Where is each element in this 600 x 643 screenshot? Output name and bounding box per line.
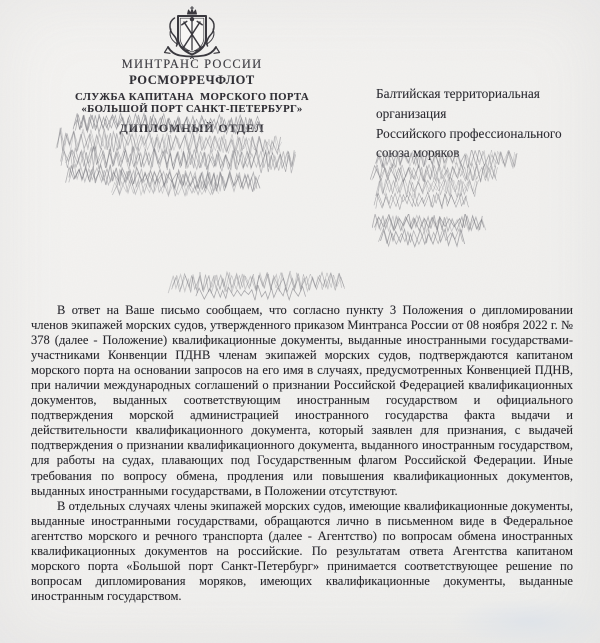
scan-smudge <box>450 598 600 643</box>
letterhead-ministry: МИНТРАНС РОССИИ <box>28 57 356 72</box>
body-paragraph-2: В отдельных случаях члены экипажей морск… <box>31 499 573 604</box>
body-paragraph-1: В ответ на Ваше письмо сообщаем, что сог… <box>31 303 573 499</box>
letterhead-department: ДИПЛОМНЫЙ ОТДЕЛ <box>28 121 356 136</box>
letterhead: МИНТРАНС РОССИИ РОСМОРРЕЧФЛОТ СЛУЖБА КАП… <box>28 57 356 136</box>
coat-of-arms-emblem-icon <box>157 5 227 59</box>
letterhead-agency: РОСМОРРЕЧФЛОТ <box>28 73 356 88</box>
redacted-scribble-reference <box>372 214 490 248</box>
redacted-scribble-subject-line <box>167 270 349 302</box>
addressee-block: Балтийская территориальная организация Р… <box>376 84 581 163</box>
letter-body: В ответ на Ваше письмо сообщаем, что сог… <box>31 303 573 604</box>
letterhead-service-name: СЛУЖБА КАПИТАНА МОРСКОГО ПОРТА «БОЛЬШОЙ … <box>28 92 356 115</box>
scanned-letter-page: МИНТРАНС РОССИИ РОСМОРРЕЧФЛОТ СЛУЖБА КАП… <box>0 0 600 643</box>
